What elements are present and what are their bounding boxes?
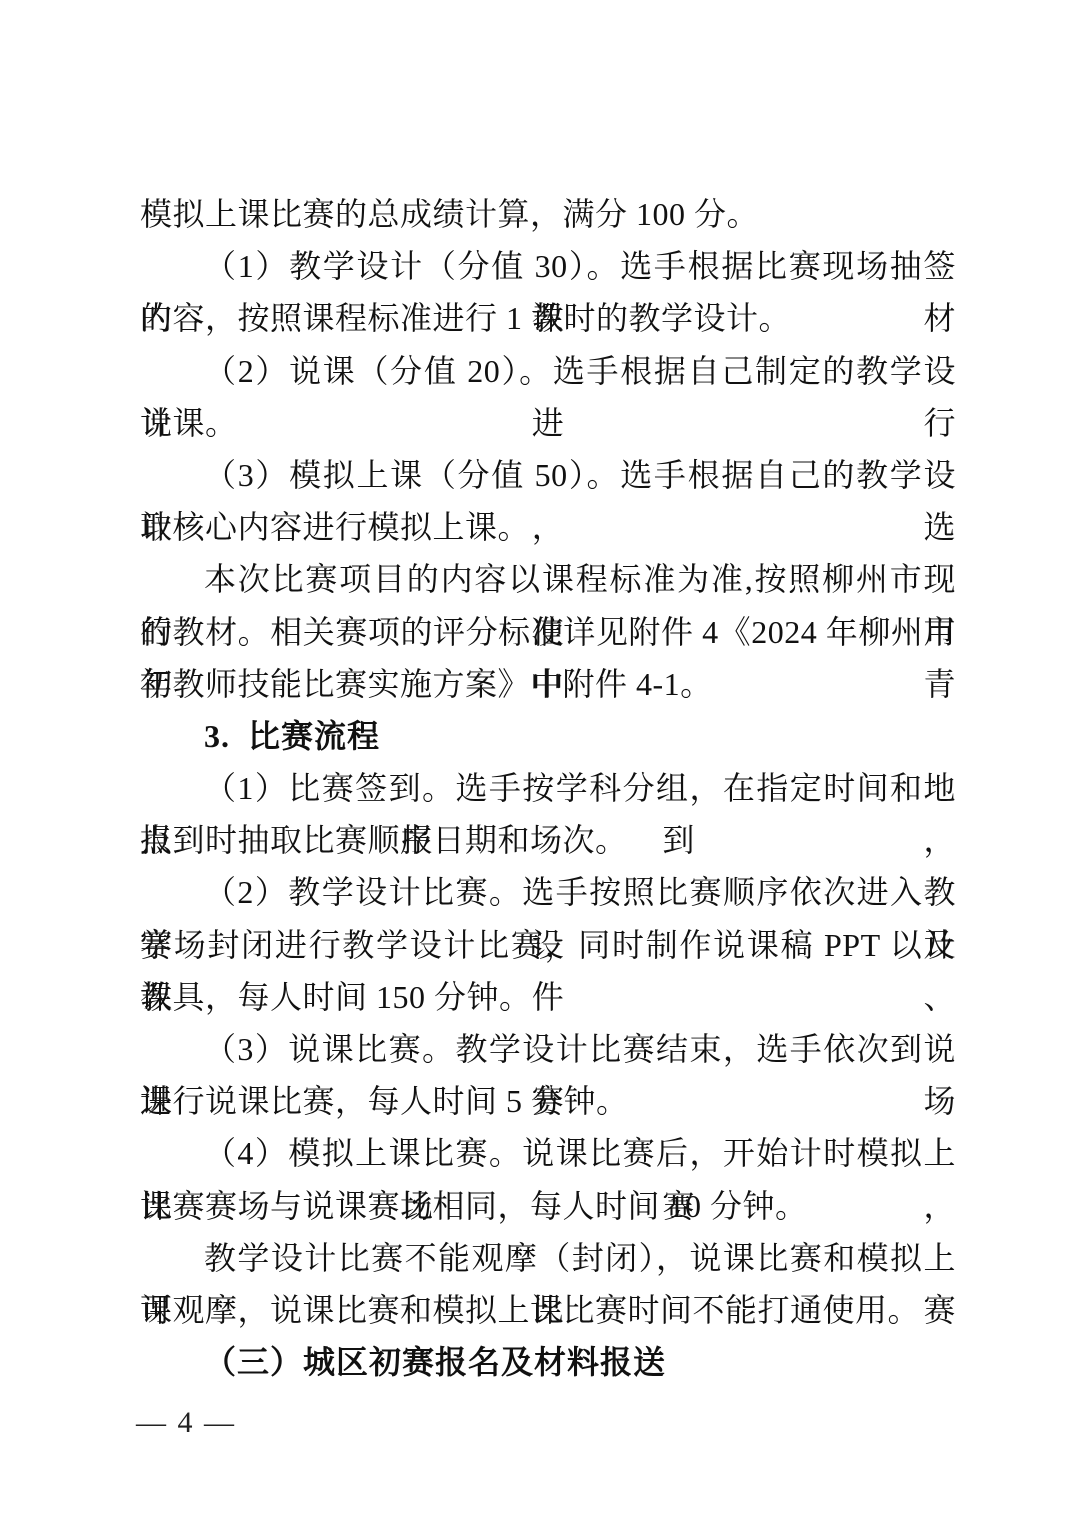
text-line: 3. 比赛流程 — [140, 710, 956, 762]
text-line: 可观摩，说课比赛和模拟上课比赛时间不能打通使用。 — [140, 1284, 956, 1336]
text-line: 模拟上课比赛的总成绩计算，满分 100 分。 — [140, 188, 956, 240]
text-line: （1）比赛签到。选手按学科分组，在指定时间和地点报到， — [140, 762, 956, 814]
text-line: （3）模拟上课（分值 50）。选手根据自己的教学设计，选 — [140, 449, 956, 501]
text-line: （三）城区初赛报名及材料报送 — [140, 1336, 956, 1388]
text-line: （1）教学设计（分值 30）。选手根据比赛现场抽签的教材 — [140, 240, 956, 292]
page-number: — 4 — — [136, 1406, 236, 1440]
text-line: （2）教学设计比赛。选手按照比赛顺序依次进入教学设计 — [140, 866, 956, 918]
text-line: （2）说课（分值 20）。选手根据自己制定的教学设计进行 — [140, 345, 956, 397]
text-line: 本次比赛项目的内容以课程标准为准,按照柳州市现行使用 — [140, 553, 956, 605]
text-line: 教学设计比赛不能观摩（封闭），说课比赛和模拟上课比赛 — [140, 1232, 956, 1284]
document-body: 模拟上课比赛的总成绩计算，满分 100 分。（1）教学设计（分值 30）。选手根… — [140, 188, 956, 1388]
text-line: 赛场封闭进行教学设计比赛，同时制作说课稿 PPT 以及课件、 — [140, 919, 956, 971]
document-page: 模拟上课比赛的总成绩计算，满分 100 分。（1）教学设计（分值 30）。选手根… — [0, 0, 1074, 1520]
text-line: （3）说课比赛。教学设计比赛结束，选手依次到说课赛场 — [140, 1023, 956, 1075]
text-line: 的教材。相关赛项的评分标准详见附件 4《2024 年柳州市初中青 — [140, 606, 956, 658]
text-line: （4）模拟上课比赛。说课比赛后，开始计时模拟上课比赛， — [140, 1127, 956, 1179]
